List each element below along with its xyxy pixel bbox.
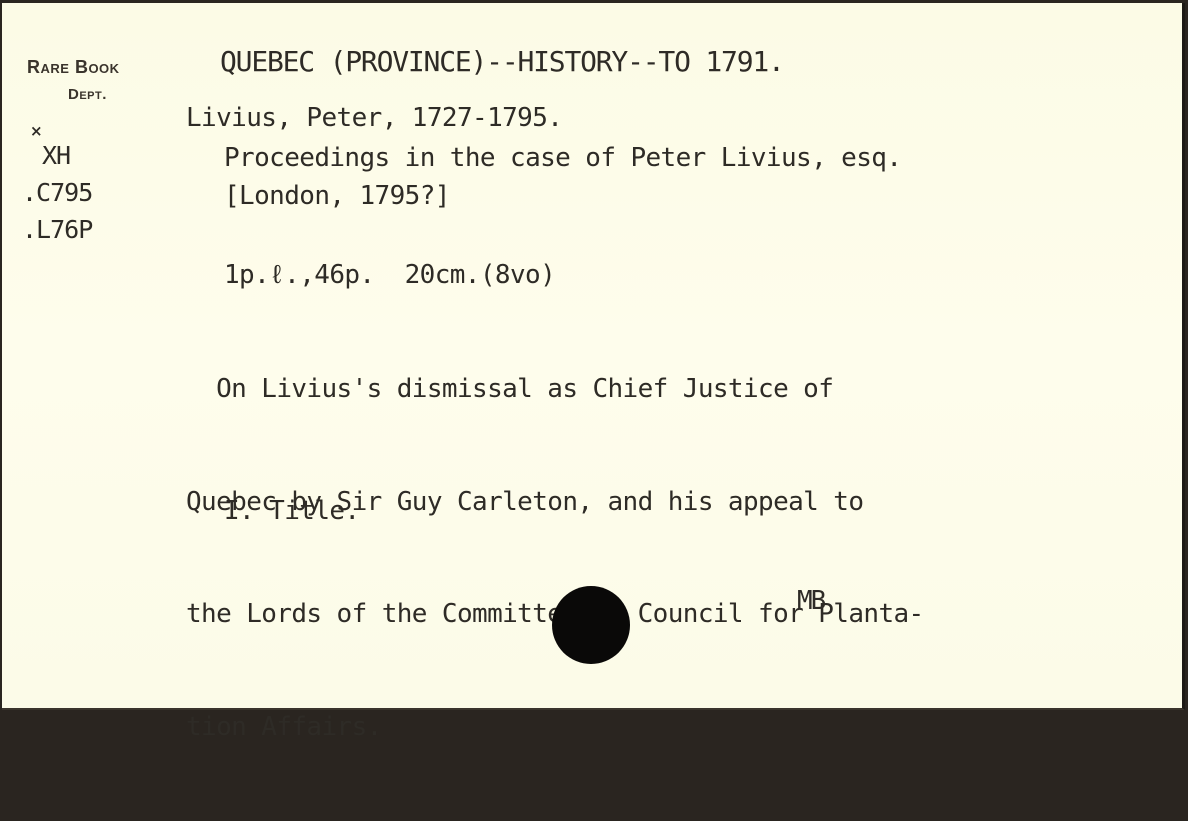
- call-number-line-3: .L76P: [22, 211, 92, 249]
- subject-heading: QUEBEC (PROVINCE)--HISTORY--TO 1791.: [220, 43, 784, 81]
- call-number-line-2: .C795: [22, 174, 92, 212]
- note-line: tion Affairs.: [186, 709, 924, 713]
- note-line: On Livius's dismissal as Chief Justice o…: [186, 371, 924, 409]
- cataloger-initials: MB: [797, 583, 824, 621]
- punch-hole-icon: [552, 586, 630, 664]
- tracing: I. Title.: [224, 493, 359, 531]
- collation: 1p.ℓ.,46p. 20cm.(8vo): [224, 257, 555, 295]
- call-number-mark-icon: ×: [30, 122, 43, 140]
- title-statement: Proceedings in the case of Peter Livius,…: [224, 140, 901, 178]
- author-entry: Livius, Peter, 1727-1795.: [186, 100, 562, 138]
- department-stamp-line-1: Rare Book: [27, 57, 120, 78]
- imprint: [London, 1795?]: [224, 178, 450, 216]
- catalog-card: Rare Book Dept. × XH .C795 .L76P QUEBEC …: [2, 3, 1185, 710]
- call-number-line-1: XH: [42, 137, 70, 175]
- department-stamp-line-2: Dept.: [68, 86, 107, 103]
